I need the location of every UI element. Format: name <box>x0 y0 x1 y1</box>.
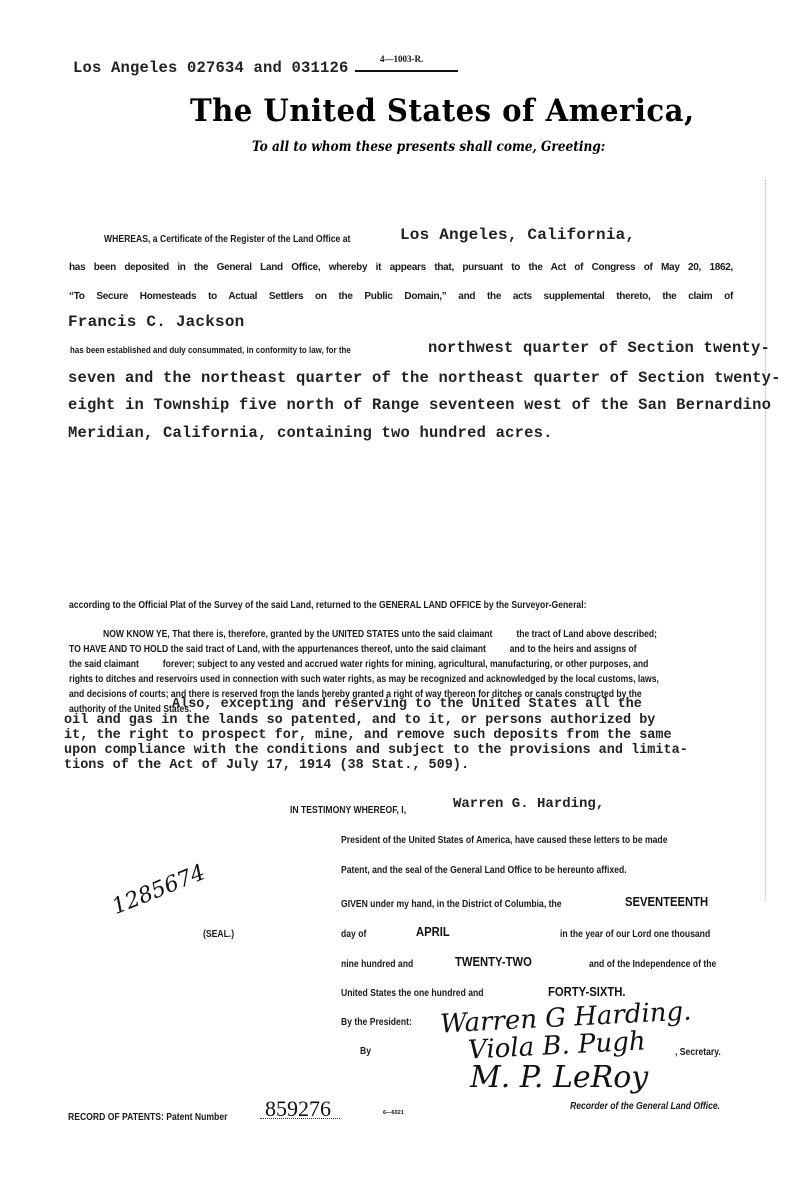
grant-line-4: rights to ditches and reservoirs used in… <box>69 673 659 685</box>
secretary-title: , Secretary. <box>675 1046 721 1058</box>
whereas-line1-prefix: WHEREAS, a Certificate of the Register o… <box>104 233 350 245</box>
greeting: To all to whom these presents shall come… <box>252 139 605 155</box>
land-description-line-3: eight in Township five north of Range se… <box>68 396 771 414</box>
record-of-patents-label: RECORD OF PATENTS: Patent Number <box>68 1111 227 1123</box>
form-number-rule <box>355 70 458 72</box>
land-description-line-4: Meridian, California, containing two hun… <box>68 424 553 442</box>
reservation-line-4: upon compliance with the conditions and … <box>64 743 688 758</box>
testimony-prefix: IN TESTIMONY WHEREOF, I, <box>290 804 406 816</box>
grant-line-3: the said claimant forever; subject to an… <box>69 658 648 670</box>
reservation-line-1: Also, excepting and reserving to the Uni… <box>172 697 642 712</box>
recorder-title: Recorder of the General Land Office. <box>570 1100 720 1112</box>
given-month: APRIL <box>416 925 450 939</box>
handwritten-number: 1285674 <box>109 860 209 920</box>
by-president-label: By the President: <box>341 1016 412 1028</box>
whereas-line5-prefix: has been established and duly consummate… <box>70 345 351 356</box>
grant-line-1-a: NOW KNOW YE, That there is, therefore, g… <box>103 628 657 640</box>
by-label: By <box>360 1045 371 1057</box>
given-year: TWENTY-TWO <box>455 955 532 969</box>
given-line3-suffix: and of the Independence of the <box>589 958 716 970</box>
grant-line-1: NOW KNOW YE, That there is, therefore, g… <box>103 628 657 640</box>
whereas-line3: “To Secure Homesteads to Actual Settlers… <box>69 291 733 302</box>
grant-line-3-wrap: the said claimant forever; subject to an… <box>69 658 648 670</box>
grant-line-2: TO HAVE AND TO HOLD the said tract of La… <box>69 643 637 655</box>
land-description-line-2: seven and the northeast quarter of the n… <box>68 369 781 387</box>
testimony-line-3: Patent, and the seal of the General Land… <box>341 864 627 876</box>
given-independence-year: FORTY-SIXTH. <box>548 985 626 999</box>
given-line2-prefix: day of <box>341 928 366 940</box>
case-numbers: Los Angeles 027634 and 031126 <box>73 59 349 77</box>
grant-line-2-wrap: TO HAVE AND TO HOLD the said tract of La… <box>69 643 637 655</box>
land-description-line-1: northwest quarter of Section twenty- <box>428 339 770 357</box>
given-line1-prefix: GIVEN under my hand, in the District of … <box>341 898 562 910</box>
grant-line-4-wrap: rights to ditches and reservoirs used in… <box>69 673 659 685</box>
land-office-location: Los Angeles, California, <box>400 226 635 244</box>
reservation-line-2: oil and gas in the lands so patented, an… <box>64 713 655 728</box>
plat-statement: according to the Official Plat of the Su… <box>69 599 586 611</box>
president-name: Warren G. Harding, <box>453 796 604 812</box>
reservation-line-5: tions of the Act of July 17, 1914 (38 St… <box>64 758 469 773</box>
given-day: SEVENTEENTH <box>625 895 708 909</box>
whereas-line2: has been deposited in the General Land O… <box>69 262 733 273</box>
scan-artifact-line <box>765 180 766 900</box>
form-number: 4—1003-R. <box>380 54 423 64</box>
testimony-line-2: President of the United States of Americ… <box>341 834 667 846</box>
reservation-line-3: it, the right to prospect for, mine, and… <box>64 728 672 743</box>
recorder-signature: M. P. LeRoy <box>470 1060 648 1095</box>
document-title: The United States of America, <box>190 93 695 129</box>
seal-label: (SEAL.) <box>203 928 234 940</box>
given-line3-prefix: nine hundred and <box>341 958 413 970</box>
print-code: 6—6021 <box>383 1110 404 1116</box>
patent-number: 859276 <box>265 1096 331 1122</box>
given-line4-prefix: United States the one hundred and <box>341 987 484 999</box>
claimant-name: Francis C. Jackson <box>68 313 244 331</box>
given-line2-suffix: in the year of our Lord one thousand <box>560 928 710 940</box>
